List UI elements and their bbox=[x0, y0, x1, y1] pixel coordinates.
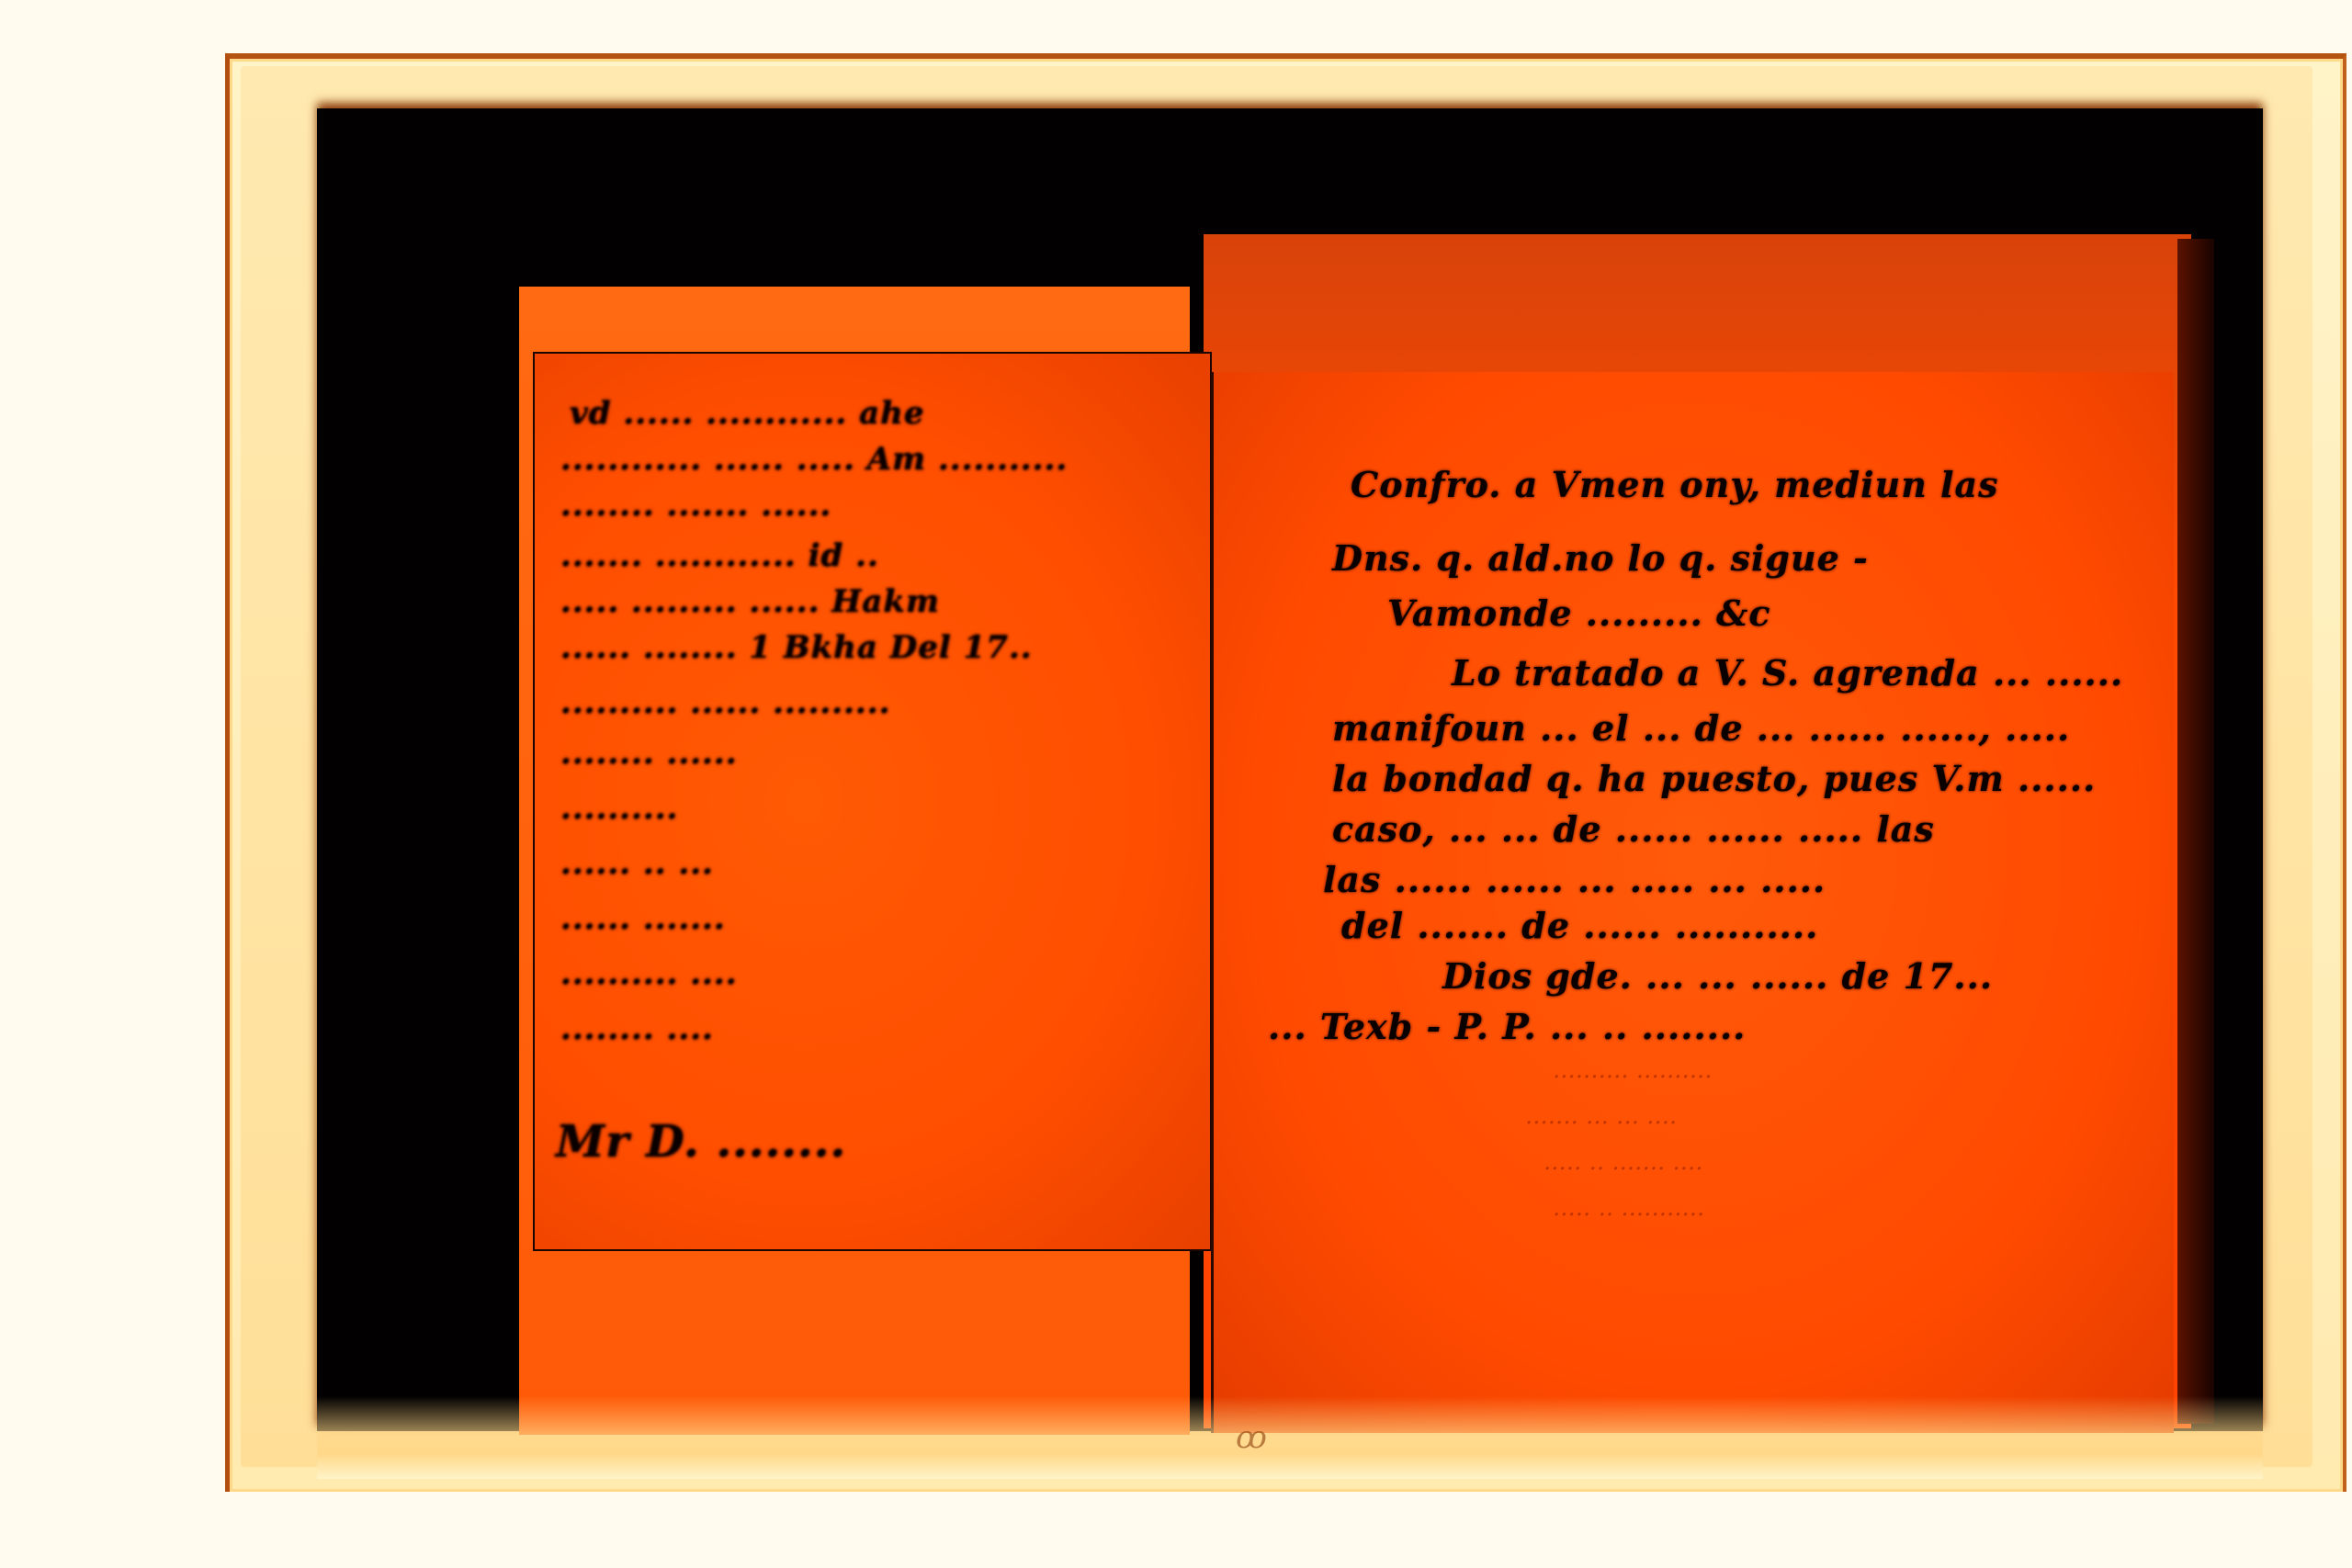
right-manuscript-page bbox=[1211, 372, 2174, 1433]
handwritten-line: vd ...... ............ ahe bbox=[570, 395, 925, 432]
handwritten-line: ....... ............ id .. bbox=[560, 537, 879, 574]
faded-line: ....... ... ... .... bbox=[1525, 1102, 1677, 1130]
handwritten-line: Dns. q. ald.no lo q. sigue - bbox=[1332, 537, 1869, 579]
page-edge-shadow bbox=[2177, 239, 2214, 1424]
handwritten-line: ...... .. ... bbox=[560, 845, 714, 882]
faded-line: ..... .. ........... bbox=[1553, 1194, 1704, 1222]
handwritten-line: del ....... de ...... ........... bbox=[1341, 905, 1818, 946]
faded-line: .......... .......... bbox=[1553, 1056, 1713, 1084]
handwritten-line: ..... ......... ...... Hakm bbox=[560, 583, 940, 620]
handwritten-line: ........ .... bbox=[560, 1010, 714, 1047]
handwritten-line: ........ ...... bbox=[560, 735, 738, 772]
handwritten-line: la bondad q. ha puesto, pues V.m ...... bbox=[1332, 758, 2096, 799]
handwritten-line: ............ ...... ..... Am ........... bbox=[560, 441, 1068, 478]
handwritten-line: Dios gde. ... ... ...... de 17... bbox=[1442, 955, 1993, 997]
handwritten-line: ...... ........ 1 Bkha Del 17.. bbox=[560, 629, 1033, 666]
handwritten-line: Confro. a Vmen ony, mediun las bbox=[1351, 464, 1999, 505]
handwritten-line: manifoun ... el ... de ... ...... ......… bbox=[1332, 707, 2070, 749]
handwritten-line: .......... .... bbox=[560, 955, 738, 992]
bottom-mark: ꝏ bbox=[1236, 1419, 1267, 1456]
signature: Mr D. ........ bbox=[556, 1116, 846, 1168]
handwritten-line: caso, ... ... de ...... ...... ..... las bbox=[1332, 808, 1935, 850]
handwritten-line: Vamonde ......... &c bbox=[1387, 592, 1771, 634]
handwritten-line: ........ ....... ...... bbox=[560, 487, 831, 524]
faded-line: ..... .. ....... .... bbox=[1543, 1148, 1703, 1176]
handwritten-line: ... Texb - P. P. ... .. ........ bbox=[1268, 1006, 1746, 1047]
handwritten-line: Lo tratado a V. S. agrenda ... ...... bbox=[1452, 652, 2123, 694]
handwritten-line: las ...... ...... ... ..... ... ..... bbox=[1323, 859, 1826, 900]
handwritten-line: ...... ....... bbox=[560, 900, 726, 937]
bottom-light-fade bbox=[317, 1396, 2263, 1479]
handwritten-line: .......... bbox=[560, 790, 678, 827]
handwritten-line: .......... ...... .......... bbox=[560, 684, 890, 721]
